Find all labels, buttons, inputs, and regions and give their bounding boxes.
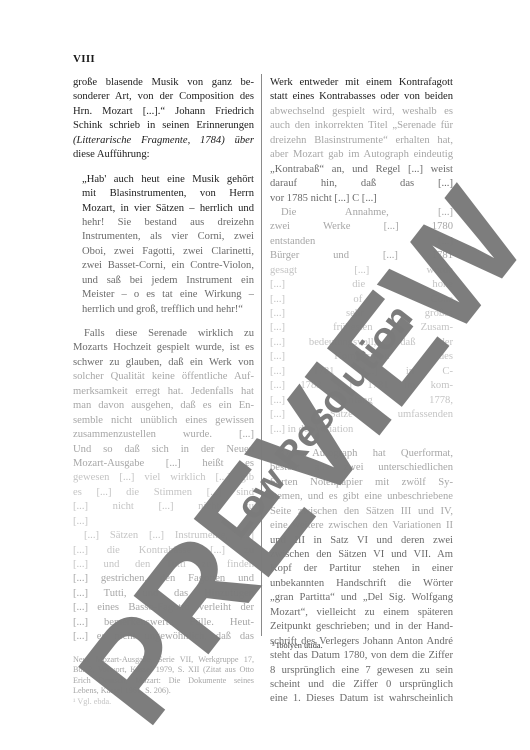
text-line: Mozarts Hochzeit gespielt wurde, ist es (73, 341, 254, 355)
text-line: besteht aus zwei unterschiedlichen (270, 461, 453, 475)
text-line: gewesen [...] viel wirklich [...] gib (73, 471, 254, 485)
text-line: (Litterarische Fragmente, 1784) über (73, 134, 254, 148)
text-line: semble nicht unüblich eines gewissen (73, 414, 254, 428)
page-number: VIII (73, 53, 95, 65)
text-line: Die Annahme, [...] (270, 206, 453, 220)
text-line: Sorten Notenpapier mit zwölf Sy- (270, 476, 453, 490)
text-line: abwechselnd gespielt wird, weshalb es (270, 105, 453, 119)
text-line: [...] sehr großes (270, 307, 453, 321)
text-line: scheint und die Ziffer 0 ursprünglich (270, 678, 453, 692)
text-line: diese Aufführung: (73, 148, 254, 162)
quote-line: und saß bei jedem Instrument ein (82, 274, 254, 288)
text-line: [...] die hohe (270, 278, 453, 292)
footnote-line: Lebens, Kassel 1961, S. 206). (73, 686, 254, 697)
text-line: steht das Datum 1780, von dem die Ziffer (270, 649, 453, 663)
text-line: [...] bedeutungsvoll, daß der (270, 336, 453, 350)
text-line: 8 ursprünglich eine 7 gewesen zu sein (270, 664, 453, 678)
footnote-line: Neue Mozart-Ausgabe, Serie VII, Werkgrup… (73, 655, 254, 666)
text-line: gesagt [...] wurde (270, 264, 453, 278)
text-line: „gran Partitta“ und „Del Sig. Wolfgang (270, 591, 453, 605)
text-line: eine weitere zwischen den Variationen II (270, 519, 453, 533)
text-line: Zeitpunkt geschrieben; und in der Hand- (270, 620, 453, 634)
text-line: [...] (73, 515, 254, 529)
text-line: Seite zwischen den Sätzen III und IV, (270, 505, 453, 519)
footnote-line: Erich Deutsch, Mozart: Die Dokumente sei… (73, 676, 254, 687)
quote-line: herrlich und groß, trefflich und hehr!“ (82, 303, 254, 317)
text-line: zwischen den Sätzen VI und VII. Am (270, 548, 453, 562)
text-line: solcher Qualität keine öffentliche Auf- (73, 370, 254, 384)
text-line: schwer zu glauben, daß ein Werk von (73, 356, 254, 370)
text-line: eine 1. Dieses Datum ist wahrscheinlich (270, 692, 453, 706)
text-line: [...] die Kontrabässe [...] zu (73, 544, 254, 558)
text-line: zwei Werke [...] 1780 (270, 220, 453, 234)
document-page: VIII große blasende Musik von ganz be- s… (0, 0, 530, 750)
text-line: [...] Sätze umfassenden (270, 408, 453, 422)
text-line: [...] Tutti, und das Hinzufügen (73, 587, 254, 601)
text-line: Werk entweder mit einem Kontrafagott (270, 76, 453, 90)
footnote-line: Bd. 2, Vorwort, Kassel 1979, S. XII (Zit… (73, 665, 254, 676)
quote-line: hehr! Sie bestand aus dreizehn (82, 216, 254, 230)
right-footnote: ³ Ibolyen utida. (272, 641, 323, 650)
text-line: unbekannten Handschrift die Wörter (270, 577, 453, 591)
text-line: vor 1785 nicht [...] C [...] (270, 192, 453, 206)
text-line: [...] in der Variation (270, 423, 453, 437)
text-line: [...] 1783 [...] 1781 im kom- (270, 379, 453, 393)
text-line: entstanden [...] (270, 235, 453, 249)
column-divider (261, 74, 262, 636)
quote-line: Oboi, zwei Fagotti, zwei Clarinetti, (82, 245, 254, 259)
quote-line: mit Blasinstrumenten, von Herrn (82, 187, 254, 201)
text-line: darauf hin, daß das [...] (270, 177, 453, 191)
text-line: sonderer Art, von der Composition des (73, 90, 254, 104)
text-line: [...] of Cone (270, 293, 453, 307)
left-column: große blasende Musik von ganz be- sonder… (73, 76, 254, 708)
text-line: Kopf der Partitur stehen in einer (270, 562, 453, 576)
body-paragraph: Falls diese Serenade wirklich zu Mozarts… (73, 327, 254, 645)
text-line: statt eines Kontrabasses oder von beiden (270, 90, 453, 104)
autograph-paragraph: Das Autograph hat Querformat, besteht au… (270, 447, 453, 707)
text-line: Bürger und [...] 1781 (270, 249, 453, 263)
quote-line: „Hab' auch heut eine Musik gehört (82, 173, 254, 187)
right-column: Werk entweder mit einem Kontrafagott sta… (270, 76, 453, 707)
text-line: es [...] die Stimmen [...] sind (73, 486, 254, 500)
text-line: Und so daß sich in der Neuen (73, 443, 254, 457)
text-line: [...] eines Basso-Fagotto verleiht der (73, 601, 254, 615)
text-line: [...] Sätzen [...] Instrumente, [...] (73, 529, 254, 543)
text-line: [...] frühesten Zusam- (270, 321, 453, 335)
text-line: [...] 1781 [...] in C- (270, 365, 453, 379)
text-line: aber Mozart gab im Autograph eindeutig (270, 148, 453, 162)
text-line: dreizehn Blasinstrumente“ erhalten hat, (270, 134, 453, 148)
text-line: stemen, und es gibt eine unbeschriebene (270, 490, 453, 504)
text-line: zusammenzustellen wurde. [...] (73, 428, 254, 442)
text-line: auch den inkorrekten Titel „Serenade für (270, 119, 453, 133)
quote-line: Mozart, in vier Sätzen – herrlich und (82, 202, 254, 216)
text-line: Falls diese Serenade wirklich zu (73, 327, 254, 341)
intro-paragraph: große blasende Musik von ganz be- sonder… (73, 76, 254, 163)
footnotes: Neue Mozart-Ausgabe, Serie VII, Werkgrup… (73, 655, 254, 708)
text-line: große blasende Musik von ganz be- (73, 76, 254, 90)
quote-line: Instrumenten, als vier Corni, zwei (82, 230, 254, 244)
text-line: merksamkeit erregt hat. Jedenfalls hat (73, 385, 254, 399)
text-line: [...] gestrichen, den Fagotten und (73, 572, 254, 586)
footnote-line: ¹ Vgl. ebda. (73, 697, 254, 708)
text-line: Mozart“, vielleicht zu einem späteren (270, 606, 453, 620)
text-line: [...] es nicht ungewöhnlich, daß das (73, 630, 254, 644)
text-line: „Kontrabaß“ an, und Regel [...] weist (270, 163, 453, 177)
quote-line: Meister – o es tat eine Wirkung – (82, 288, 254, 302)
text-line: [...] Anfang 1778, (270, 394, 453, 408)
text-line: man davon ausgehen, daß es ein En- (73, 399, 254, 413)
block-quote: „Hab' auch heut eine Musik gehört mit Bl… (73, 173, 254, 317)
text-line: Das Autograph hat Querformat, (270, 447, 453, 461)
text-line: und III in Satz VI und deren zwei (270, 534, 453, 548)
text-line: Schink schrieb in seinen Erinnerungen (73, 119, 254, 133)
text-line: [...] und den Tutti zu finden (73, 558, 254, 572)
text-line: [...] nicht [...] nicht zu (73, 500, 254, 514)
text-line: Mozart-Ausgabe [...] heißt es (73, 457, 254, 471)
text-line: [...] Komposition des (270, 350, 453, 364)
text-line: Hrn. Mozart [...].“ Johann Friedrich (73, 105, 254, 119)
text-line: [...] bemerkenswerte Fülle. Heut- (73, 616, 254, 630)
continuation-paragraph: Werk entweder mit einem Kontrafagott sta… (270, 76, 453, 437)
quote-line: zwei Basset-Corni, ein Contre-Violon, (82, 259, 254, 273)
